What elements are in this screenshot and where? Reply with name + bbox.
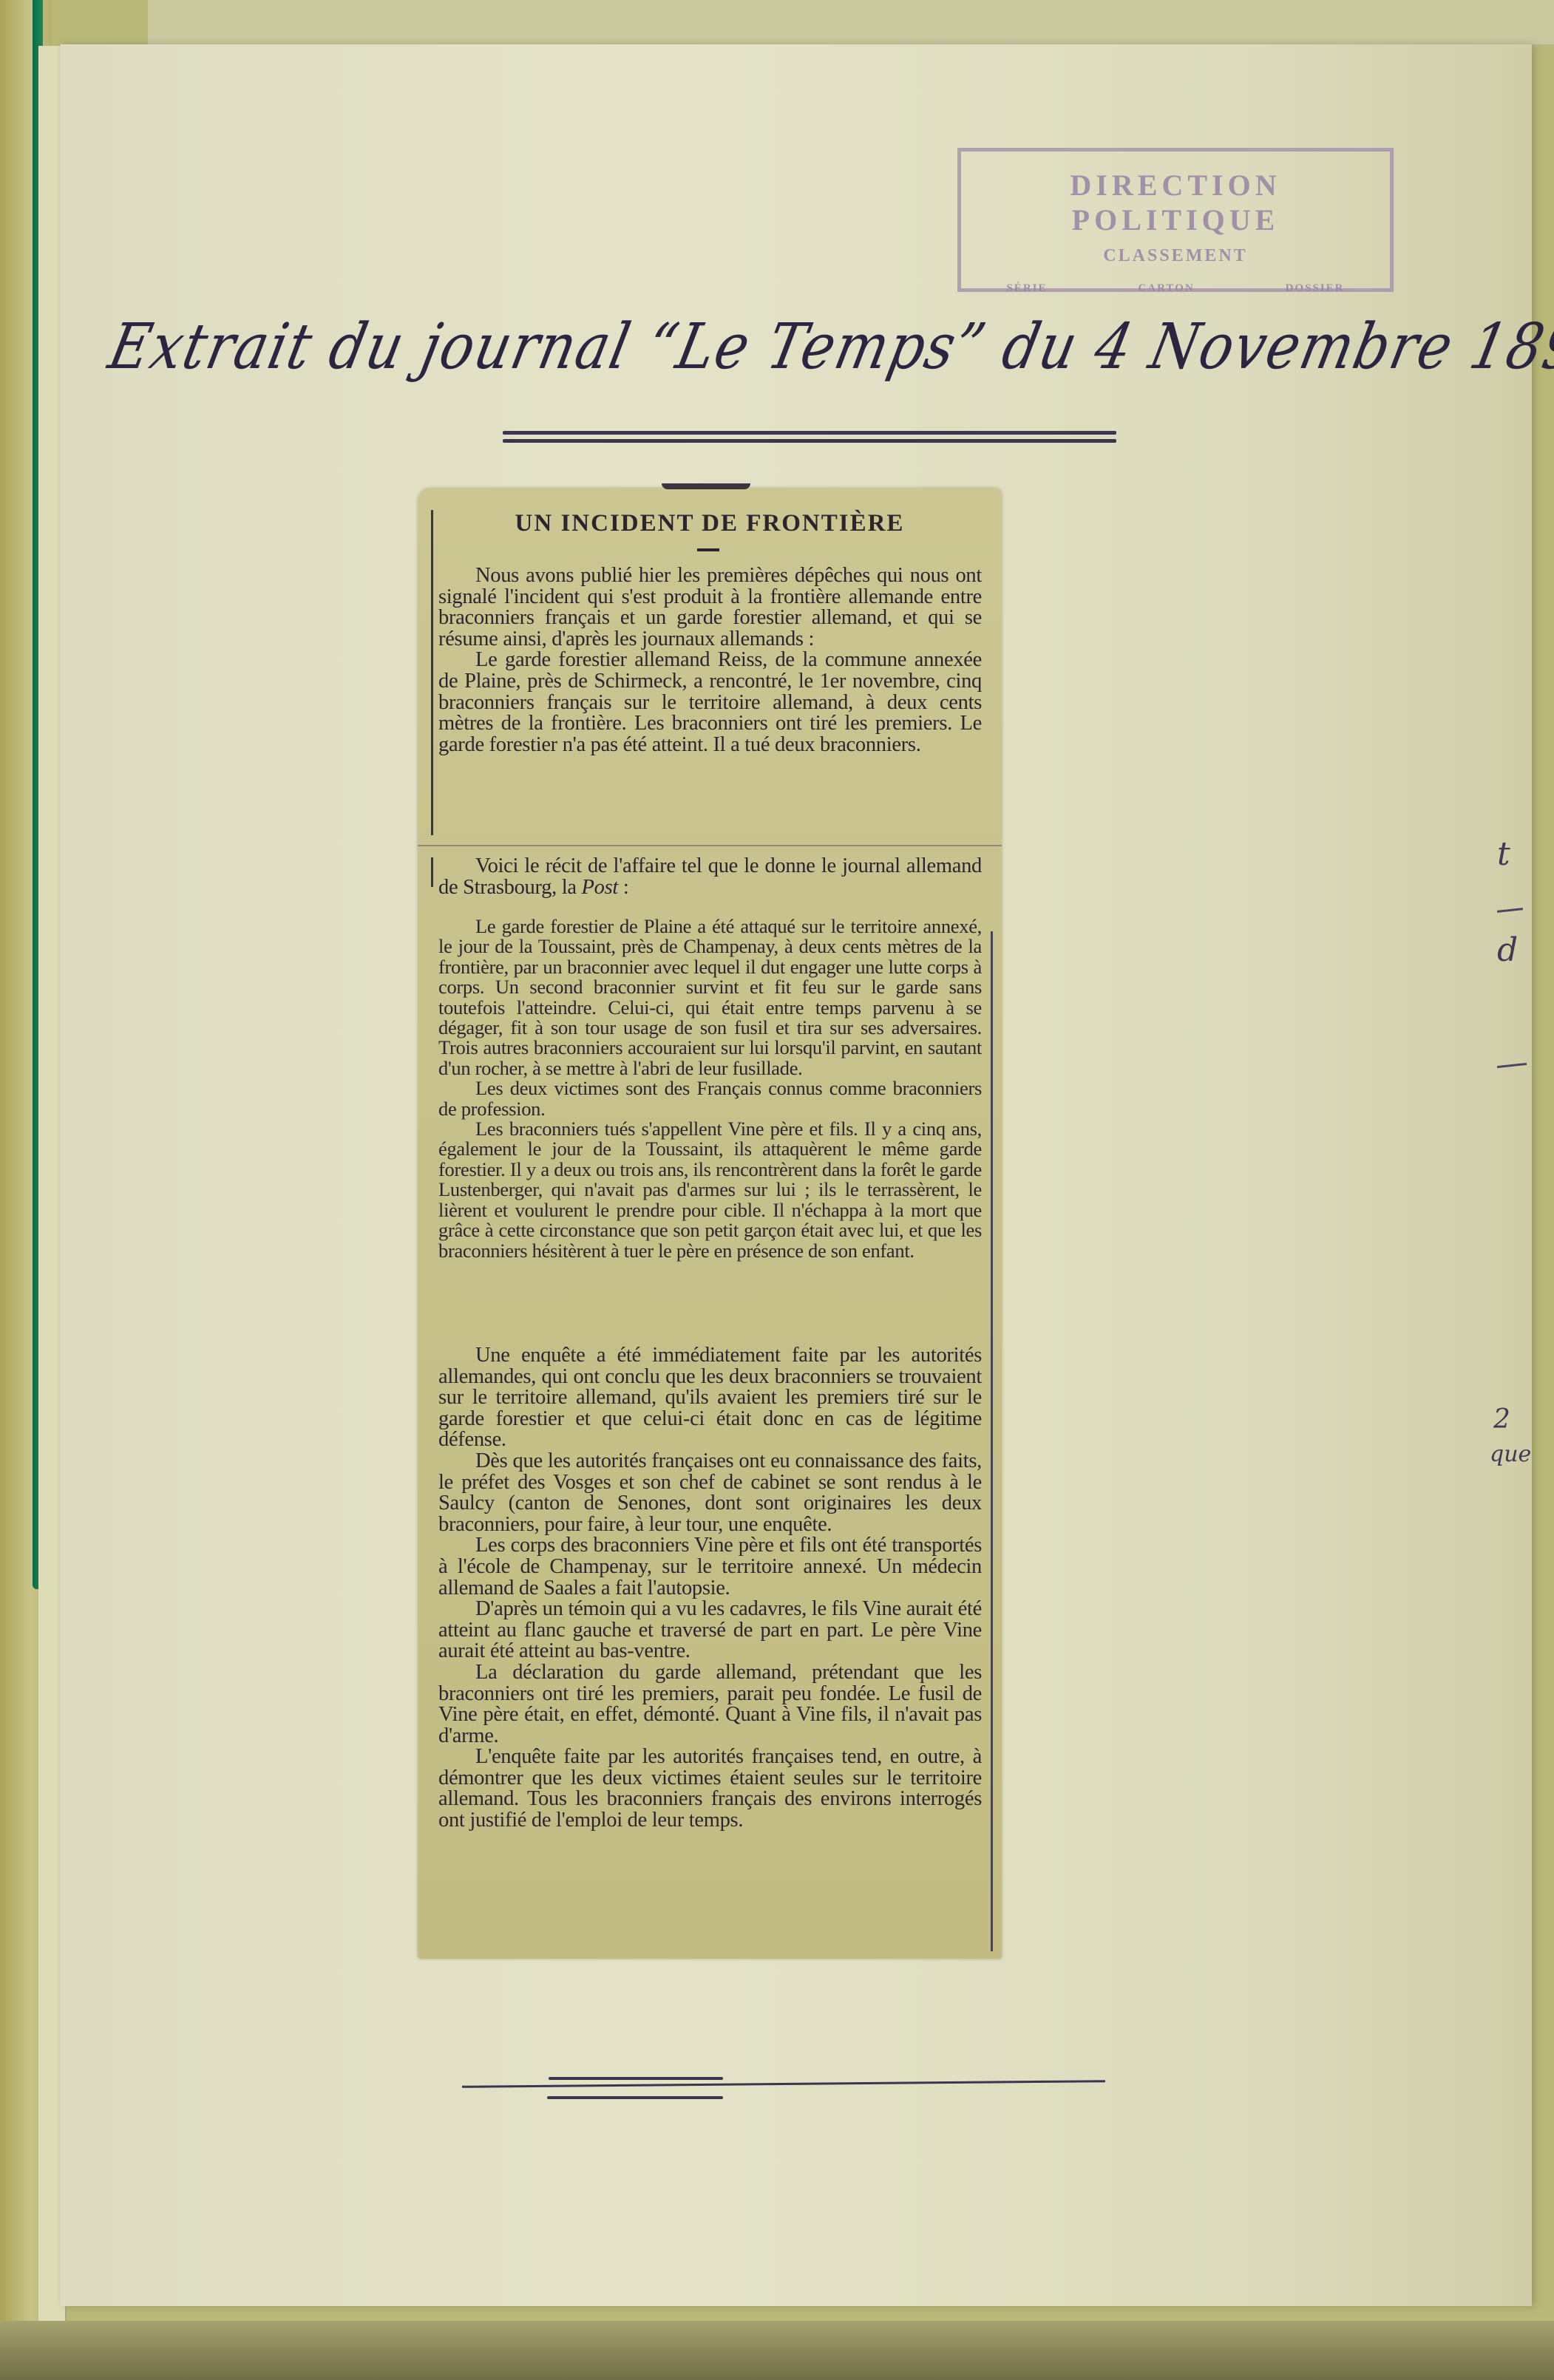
column-rule-left	[431, 510, 433, 835]
title-underline-bottom	[503, 439, 1116, 443]
newspaper-clipping: UN INCIDENT DE FRONTIÈRE Nous avons publ…	[418, 488, 1002, 1959]
post-quote: Le garde forestier de Plaine a été attaq…	[438, 917, 982, 1261]
margin-note: d	[1497, 931, 1518, 969]
paragraph: Voici le récit de l'affaire tel que le d…	[438, 856, 982, 898]
paragraph: Une enquête a été immédiatement faite pa…	[438, 1345, 982, 1451]
page-bottom-shadow	[0, 2321, 1554, 2380]
column-rule-right	[991, 931, 993, 1951]
stamp-field-serie: SÉRIE	[1006, 282, 1047, 295]
clipping-ornament	[662, 483, 750, 489]
post-intro-text: Voici le récit de l'affaire tel que le d…	[438, 854, 982, 899]
margin-note: 2	[1493, 1404, 1510, 1435]
post-intro: Voici le récit de l'affaire tel que le d…	[438, 856, 982, 898]
bottom-rule-bottom	[547, 2096, 723, 2099]
stamp-field-carton: CARTON	[1138, 282, 1194, 295]
column-rule-left-2	[431, 857, 433, 887]
paragraph: L'enquête faite par les autorités frança…	[438, 1747, 982, 1831]
underlying-sheet-top	[148, 0, 1554, 46]
bottom-rule-top	[549, 2077, 723, 2080]
article-title: UN INCIDENT DE FRONTIÈRE	[418, 510, 1002, 537]
paragraph: Les deux victimes sont des Français conn…	[438, 1078, 982, 1119]
post-intro-end: :	[618, 876, 628, 899]
post-newspaper-name: Post	[582, 876, 618, 899]
title-underline-top	[503, 431, 1116, 435]
stamp-field-dossier: DOSSIER	[1286, 282, 1345, 295]
paragraph: Nous avons publié hier les premières dép…	[438, 565, 982, 650]
stamp-line-2: CLASSEMENT	[961, 246, 1390, 266]
paragraph: Le garde forestier de Plaine a été attaq…	[438, 917, 982, 1078]
paragraph: La déclaration du garde allemand, préten…	[438, 1662, 982, 1747]
paragraph: Le garde forestier allemand Reiss, de la…	[438, 650, 982, 755]
title-dash	[697, 548, 719, 551]
margin-note: t	[1497, 835, 1510, 873]
stamp-fields: SÉRIE CARTON DOSSIER	[961, 282, 1390, 295]
archive-stamp: DIRECTION POLITIQUE CLASSEMENT SÉRIE CAR…	[957, 148, 1394, 292]
paragraph: D'après un témoin qui a vu les cadavres,…	[438, 1599, 982, 1662]
paragraph: Dès que les autorités françaises ont eu …	[438, 1451, 982, 1535]
article-intro: Nous avons publié hier les premières dép…	[438, 565, 982, 755]
paragraph: Les braconniers tués s'appellent Vine pè…	[438, 1119, 982, 1261]
stamp-line-1: DIRECTION POLITIQUE	[961, 168, 1390, 237]
handwritten-title: Extrait du journal “Le Temps” du 4 Novem…	[103, 310, 1479, 384]
margin-note: que	[1490, 1441, 1531, 1467]
paragraph: Les corps des braconniers Vine père et f…	[438, 1535, 982, 1599]
article-conclusion: Une enquête a été immédiatement faite pa…	[438, 1345, 982, 1832]
section-divider	[418, 845, 1002, 846]
